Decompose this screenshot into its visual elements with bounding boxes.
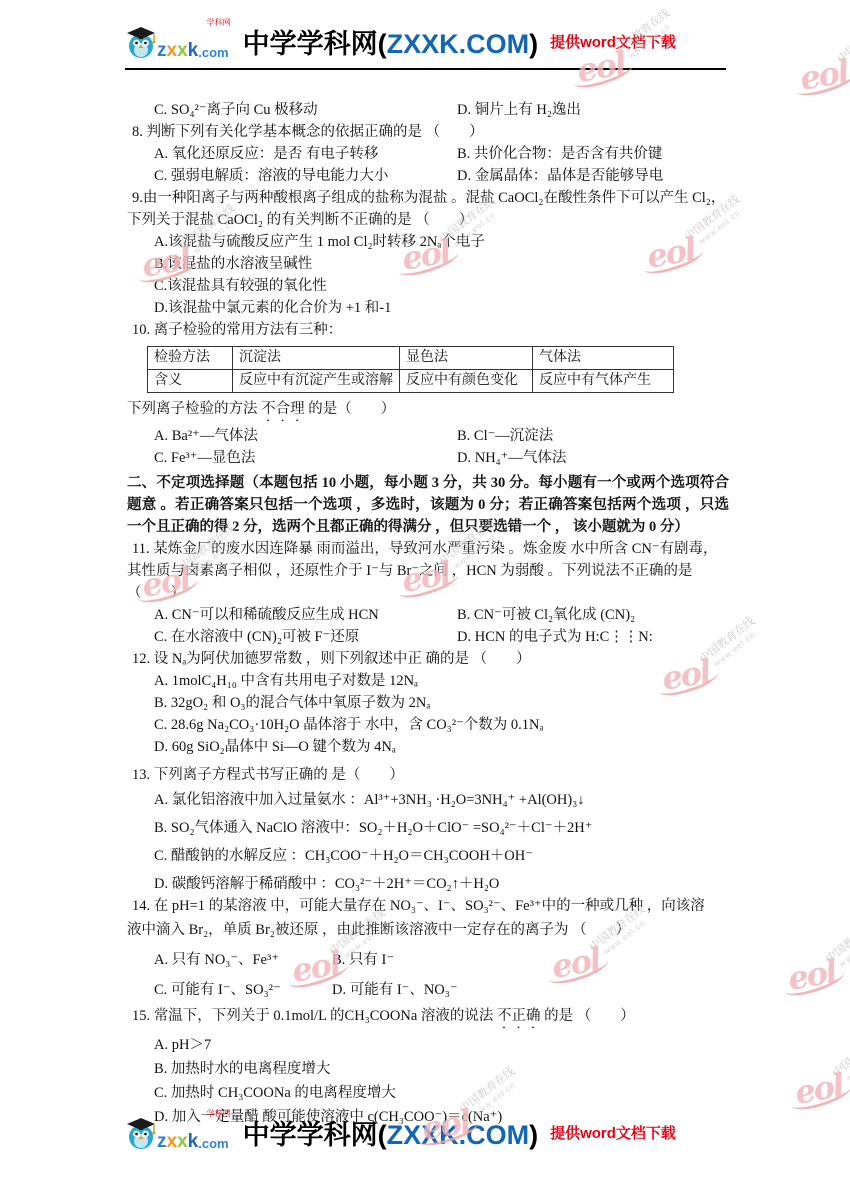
question-line: 14. 在 pH=1 的某溶液 中，可能大量存在 NO₃⁻、I⁻、SO₃²⁻、F… bbox=[127, 895, 729, 917]
option-line: D. 60g SiO₂晶体中 Si—O 键个数为 4Nₐ bbox=[127, 736, 729, 758]
page-footer: zxxk .com 学科网 中学学科网(ZXXK.COM) 提供word文档下载 bbox=[125, 1113, 729, 1152]
option-pair: C. 在水溶液中 (CN)₂可被 F⁻还原D. HCN 的电子式为 H:C⋮⋮N… bbox=[127, 626, 729, 648]
text-run: 下列离子检验的方法 bbox=[127, 401, 261, 417]
text-run: D. 60g SiO₂晶体中 Si—O 键个数为 4Nₐ bbox=[154, 739, 396, 755]
site-title: 中学学科网(ZXXK.COM) bbox=[243, 1113, 539, 1152]
option-pair: C. SO₄²⁻离子向 Cu 极移动D. 铜片上有 H₂逸出 bbox=[127, 99, 729, 121]
option-line: C. Fe³⁺—显色法 bbox=[154, 447, 457, 469]
text-run: 其性质与卤素离子相似 ，还原性介于 I⁻与 Br⁻之间 ，HCN 为弱酸 。下列… bbox=[127, 563, 693, 601]
table-cell: 反应中有沉淀产生或溶解 bbox=[233, 370, 400, 393]
table-cell: 反应中有气体产生 bbox=[533, 370, 674, 393]
text-run: 10. 离子检验的常用方法有三种： bbox=[132, 322, 342, 338]
brand-sub-label: 学科网 bbox=[207, 17, 231, 28]
option-line: B. 加热时水的电离程度增大 bbox=[127, 1058, 729, 1080]
text-run: 下列关于混盐 CaOCl₂ 的有关判断不正确的是 （ ） bbox=[127, 212, 473, 228]
text-run: A.该混盐与硫酸反应产生 1 mol Cl₂时转移 2Nₐ个电子 bbox=[154, 234, 485, 250]
eol-watermark: eol中国教育在线www.eol.cn bbox=[798, 18, 850, 113]
option-line: A. CN⁻可以和稀硫酸反应生成 HCN bbox=[154, 604, 457, 626]
download-tagline-link[interactable]: 提供word文档下载 bbox=[550, 1122, 676, 1143]
table-header-cell: 显色法 bbox=[400, 347, 533, 370]
emphasized-text: 不正确 bbox=[497, 1008, 541, 1024]
text-run: B. 32gO₂ 和 O₃的混合气体中氧原子数为 2Nₐ bbox=[154, 695, 430, 711]
option-line: C. 加热时 CH₃COONa 的电离程度增大 bbox=[127, 1082, 729, 1104]
text-run: 二、不定项选择题（本题包括 10 小题，每小题 3 分，共 30 分。每小题有一… bbox=[127, 475, 729, 535]
brand-logo[interactable]: zxxk .com 学科网 bbox=[125, 1115, 229, 1151]
table-header-cell: 沉淀法 bbox=[233, 347, 400, 370]
option-line: B.该混盐的水溶液呈碱性 bbox=[127, 253, 729, 275]
text-run: 13. 下列离子方程式书写正确的 是（ ） bbox=[132, 767, 404, 783]
question-line: 8. 判断下列有关化学基本概念的依据正确的是 （ ） bbox=[127, 121, 729, 143]
option-line: C. 醋酸钠的水解反应 ：CH₃COO⁻＋H₂O＝CH₃COOH＋OH⁻ bbox=[127, 845, 729, 867]
text-run: 的是 （ ） bbox=[541, 1008, 635, 1024]
table-row: 含义反应中有沉淀产生或溶解反应中有颜色变化反应中有气体产生 bbox=[148, 370, 674, 393]
option-line: A. 1molC₄H₁₀ 中含有共用电子对数是 12Nₐ bbox=[127, 670, 729, 692]
exam-body: C. SO₄²⁻离子向 Cu 极移动D. 铜片上有 H₂逸出8. 判断下列有关化… bbox=[127, 99, 729, 1128]
option-pair: C. 强弱电解质：溶液的导电能力大小D. 金属晶体：晶体是否能够导电 bbox=[127, 165, 729, 187]
option-line: A. Ba²⁺—气体法 bbox=[154, 425, 457, 447]
ion-test-method-table: 检验方法沉淀法显色法气体法含义反应中有沉淀产生或溶解反应中有颜色变化反应中有气体… bbox=[147, 346, 674, 393]
brand-logo[interactable]: zxxk .com 学科网 bbox=[125, 24, 229, 60]
text-run: 11. 某炼金厂的废水因连降暴 雨而溢出，导致河水严重污染 。炼金废 水中所含 … bbox=[132, 541, 718, 557]
text-run: 15. 常温下，下列关于 0.1mol/L 的CH₃COONa 溶液的说法 bbox=[132, 1008, 497, 1024]
option-line: C.该混盐具有较强的氧化性 bbox=[127, 275, 729, 297]
option-pair: A. Ba²⁺—气体法B. Cl⁻—沉淀法 bbox=[127, 425, 729, 447]
table-cell: 含义 bbox=[148, 370, 233, 393]
option-line: D. 铜片上有 H₂逸出 bbox=[457, 99, 581, 121]
option-pair: C. 可能有 I⁻、SO₃²⁻D. 可能有 I⁻、NO₃⁻ bbox=[127, 979, 729, 1001]
table-header-cell: 气体法 bbox=[533, 347, 674, 370]
page-header: zxxk .com 学科网 中学学科网(ZXXK.COM) 提供word文档下载 bbox=[125, 22, 729, 61]
eol-logo-icon: eol bbox=[786, 956, 838, 994]
eol-logo-icon: eol bbox=[798, 56, 850, 94]
page: zxxk .com 学科网 中学学科网(ZXXK.COM) 提供word文档下载… bbox=[0, 0, 850, 1202]
text-run: C. 加热时 CH₃COONa 的电离程度增大 bbox=[154, 1085, 396, 1101]
site-title: 中学学科网(ZXXK.COM) bbox=[243, 22, 539, 61]
option-line: B. 32gO₂ 和 O₃的混合气体中氧原子数为 2Nₐ bbox=[127, 692, 729, 714]
text-run: D.该混盐中氯元素的化合价为 +1 和-1 bbox=[154, 300, 391, 316]
option-pair: A. CN⁻可以和稀硫酸反应生成 HCNB. CN⁻可被 Cl₂氧化成 (CN)… bbox=[127, 604, 729, 626]
section-title: 二、不定项选择题（本题包括 10 小题，每小题 3 分，共 30 分。每小题有一… bbox=[127, 472, 729, 538]
option-line: C. SO₄²⁻离子向 Cu 极移动 bbox=[154, 99, 457, 121]
brand-sub-label: 学科网 bbox=[207, 1108, 231, 1119]
option-line: D. NH₄⁺—气体法 bbox=[457, 447, 566, 469]
text-run: 液中滴入 Br₂，单质 Br₂被还原 ，由此推断该溶液中一定存在的离子为 （ ） bbox=[127, 922, 630, 938]
text-run: A. 氯化铝溶液中加入过量氨水 ：Al³⁺+3NH₃ ·H₂O=3NH₄⁺ +A… bbox=[154, 792, 585, 808]
text-run: A. 1molC₄H₁₀ 中含有共用电子对数是 12Nₐ bbox=[154, 673, 418, 689]
option-pair: C. Fe³⁺—显色法D. NH₄⁺—气体法 bbox=[127, 447, 729, 469]
eol-watermark: eol中国教育在线www.eol.cn bbox=[786, 918, 850, 1013]
option-pair: A. 只有 NO₃⁻、Fe³⁺B. 只有 I⁻ bbox=[127, 949, 729, 971]
question-line: 其性质与卤素离子相似 ，还原性介于 I⁻与 Br⁻之间 ，HCN 为弱酸 。下列… bbox=[127, 560, 729, 604]
brand-dotcom: .com bbox=[198, 45, 228, 60]
option-line: D. 金属晶体：晶体是否能够导电 bbox=[457, 165, 663, 187]
eol-logo-icon: eol bbox=[793, 1070, 845, 1108]
text-run: 8. 判断下列有关化学基本概念的依据正确的是 （ ） bbox=[132, 124, 484, 140]
option-line: A. 氯化铝溶液中加入过量氨水 ：Al³⁺+3NH₃ ·H₂O=3NH₄⁺ +A… bbox=[127, 789, 729, 811]
option-line: A. pH＞7 bbox=[127, 1034, 729, 1056]
option-line: B. Cl⁻—沉淀法 bbox=[457, 425, 553, 447]
option-line: B. SO₂气体通入 NaClO 溶液中：SO₂＋H₂O＋ClO⁻ =SO₄²⁻… bbox=[127, 817, 729, 839]
option-line: A.该混盐与硫酸反应产生 1 mol Cl₂时转移 2Nₐ个电子 bbox=[127, 231, 729, 253]
zxxk-mascot-icon bbox=[125, 24, 157, 60]
option-line: B. CN⁻可被 Cl₂氧化成 (CN)₂ bbox=[457, 604, 635, 626]
question-line: 10. 离子检验的常用方法有三种： bbox=[127, 319, 729, 341]
emphasized-text: 不合理 bbox=[261, 401, 305, 417]
question-line: 下列关于混盐 CaOCl₂ 的有关判断不正确的是 （ ） bbox=[127, 209, 729, 231]
option-line: C. 28.6g Na₂CO₃·10H₂O 晶体溶于 水中，含 CO₃²⁻个数为… bbox=[127, 714, 729, 736]
text-run: 12. 设 Nₐ为阿伏加德罗常数 ，则下列叙述中正 确的是 （ ） bbox=[132, 651, 531, 667]
text-run: 的是（ ） bbox=[305, 401, 396, 417]
option-line: B. 共价化合物：是否含有共价键 bbox=[457, 143, 662, 165]
option-line: D. HCN 的电子式为 H:C⋮⋮N: bbox=[457, 626, 653, 648]
text-run: A. pH＞7 bbox=[154, 1037, 211, 1053]
table-row: 检验方法沉淀法显色法气体法 bbox=[148, 347, 674, 370]
text-run: B.该混盐的水溶液呈碱性 bbox=[154, 256, 312, 272]
question-line: 9.由一种阳离子与两种酸根离子组成的盐称为混盐 。混盐 CaOCl₂在酸性条件下… bbox=[127, 187, 729, 209]
text-run: D. 碳酸钙溶解于稀硝酸中 ：CO₃²⁻＋2H⁺＝CO₂↑＋H₂O bbox=[154, 876, 499, 892]
option-line: C. 可能有 I⁻、SO₃²⁻ bbox=[154, 979, 332, 1001]
brand-dotcom: .com bbox=[198, 1136, 228, 1151]
text-run: C. 28.6g Na₂CO₃·10H₂O 晶体溶于 水中，含 CO₃²⁻个数为… bbox=[154, 717, 543, 733]
option-line: C. 强弱电解质：溶液的导电能力大小 bbox=[154, 165, 457, 187]
brand-letters: zxxk bbox=[157, 1132, 198, 1151]
option-line: D.该混盐中氯元素的化合价为 +1 和-1 bbox=[127, 297, 729, 319]
brand-letters: zxxk bbox=[157, 41, 198, 60]
header-divider bbox=[125, 68, 726, 70]
question-line: 12. 设 Nₐ为阿伏加德罗常数 ，则下列叙述中正 确的是 （ ） bbox=[127, 648, 729, 670]
text-run: B. SO₂气体通入 NaClO 溶液中：SO₂＋H₂O＋ClO⁻ =SO₄²⁻… bbox=[154, 820, 592, 836]
download-tagline-link[interactable]: 提供word文档下载 bbox=[550, 31, 676, 52]
question-line: 下列离子检验的方法 不合理 的是（ ） bbox=[127, 398, 729, 425]
option-line: C. 在水溶液中 (CN)₂可被 F⁻还原 bbox=[154, 626, 457, 648]
watermark-text: 中国教育在线www.eol.cn bbox=[836, 16, 850, 74]
text-run: C. 醋酸钠的水解反应 ：CH₃COO⁻＋H₂O＝CH₃COOH＋OH⁻ bbox=[154, 848, 533, 864]
option-line: D. 碳酸钙溶解于稀硝酸中 ：CO₃²⁻＋2H⁺＝CO₂↑＋H₂O bbox=[127, 873, 729, 895]
option-line: A. 只有 NO₃⁻、Fe³⁺ bbox=[154, 949, 332, 971]
question-line: 11. 某炼金厂的废水因连降暴 雨而溢出，导致河水严重污染 。炼金废 水中所含 … bbox=[127, 538, 729, 560]
option-pair: A. 氧化还原反应：是否 有电子转移B. 共价化合物：是否含有共价键 bbox=[127, 143, 729, 165]
watermark-text: 中国教育在线www.eol.cn bbox=[831, 1030, 850, 1088]
table-header-cell: 检验方法 bbox=[148, 347, 233, 370]
text-run: 9.由一种阳离子与两种酸根离子组成的盐称为混盐 。混盐 CaOCl₂在酸性条件下… bbox=[132, 190, 725, 206]
question-line: 液中滴入 Br₂，单质 Br₂被还原 ，由此推断该溶液中一定存在的离子为 （ ） bbox=[127, 919, 729, 941]
question-line: 15. 常温下，下列关于 0.1mol/L 的CH₃COONa 溶液的说法 不正… bbox=[127, 1005, 729, 1032]
text-run: B. 加热时水的电离程度增大 bbox=[154, 1061, 330, 1077]
question-line: 13. 下列离子方程式书写正确的 是（ ） bbox=[127, 764, 729, 786]
option-line: D. 可能有 I⁻、NO₃⁻ bbox=[332, 979, 457, 1001]
option-line: A. 氧化还原反应：是否 有电子转移 bbox=[154, 143, 457, 165]
eol-watermark: eol中国教育在线www.eol.cn bbox=[793, 1032, 850, 1127]
text-run: 14. 在 pH=1 的某溶液 中，可能大量存在 NO₃⁻、I⁻、SO₃²⁻、F… bbox=[132, 898, 705, 914]
watermark-text: 中国教育在线www.eol.cn bbox=[824, 916, 850, 974]
text-run: C.该混盐具有较强的氧化性 bbox=[154, 278, 327, 294]
option-line: B. 只有 I⁻ bbox=[332, 949, 394, 971]
table-cell: 反应中有颜色变化 bbox=[400, 370, 533, 393]
zxxk-mascot-icon bbox=[125, 1115, 157, 1151]
